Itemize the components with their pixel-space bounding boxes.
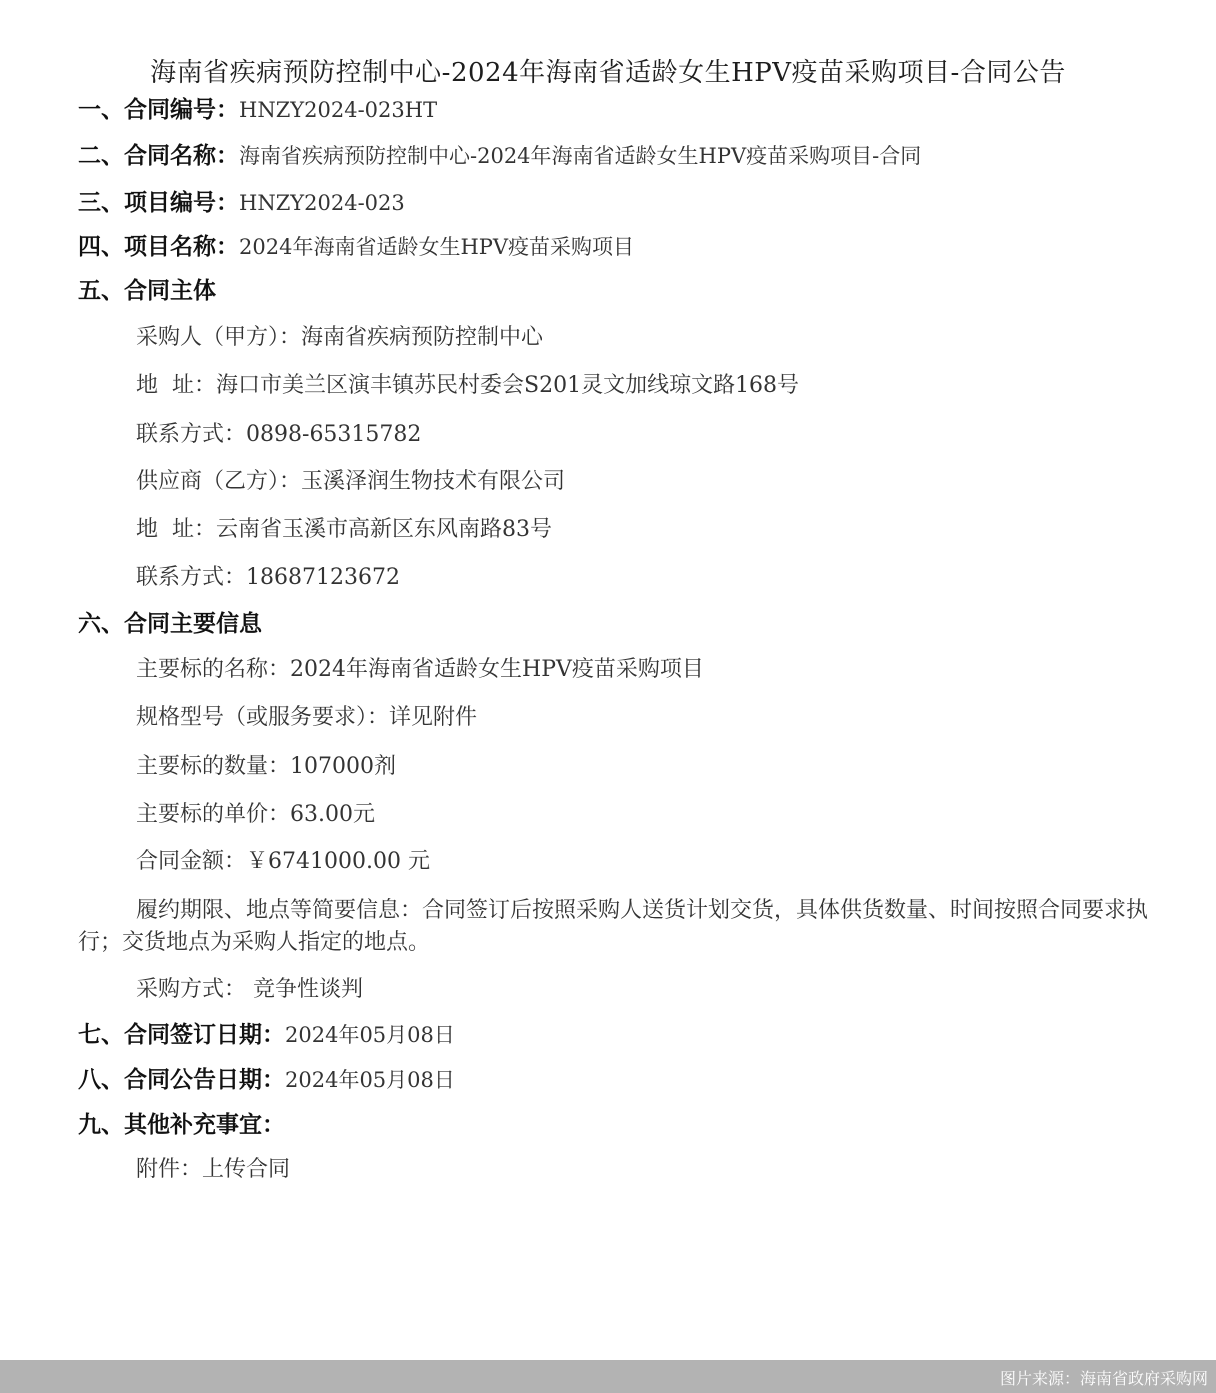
quantity-row: 主要标的数量：107000剂 xyxy=(136,752,396,782)
spec-value: 详见附件 xyxy=(389,705,477,730)
quantity-value: 107000剂 xyxy=(290,754,396,779)
project-name-label: 四、项目名称： xyxy=(78,234,239,260)
contract-announcement-document: 海南省疾病预防控制中心-2024年海南省适龄女生HPV疫苗采购项目-合同公告 一… xyxy=(0,0,1216,1360)
purchaser-row: 采购人（甲方）：海南省疾病预防控制中心 xyxy=(136,323,543,353)
other-matters-label: 九、其他补充事宜： xyxy=(78,1112,285,1138)
purchaser-address-row: 地 址：海口市美兰区演丰镇苏民村委会S201灵文加线琼文路168号 xyxy=(136,371,799,401)
purchaser-contact-value: 0898-65315782 xyxy=(246,422,421,447)
purchaser-address-value: 海口市美兰区演丰镇苏民村委会S201灵文加线琼文路168号 xyxy=(216,373,799,398)
supplier-contact-row: 联系方式：18687123672 xyxy=(136,563,400,593)
spec-row: 规格型号（或服务要求）：详见附件 xyxy=(136,703,477,733)
quantity-label: 主要标的数量： xyxy=(136,754,290,779)
procurement-method-label: 采购方式： xyxy=(136,977,246,1002)
procurement-method-value: 竞争性谈判 xyxy=(246,977,363,1002)
contract-amount-value: ￥6741000.00 元 xyxy=(246,849,430,874)
attachment-link[interactable]: 上传合同 xyxy=(202,1157,290,1182)
main-info-heading: 六、合同主要信息 xyxy=(78,609,262,640)
attachment-label: 附件： xyxy=(136,1157,202,1182)
contract-parties-label: 五、合同主体 xyxy=(78,278,216,304)
unit-price-label: 主要标的单价： xyxy=(136,802,290,827)
unit-price-value: 63.00元 xyxy=(290,802,375,827)
performance-info-label: 履约期限、地点等简要信息： xyxy=(136,898,422,923)
other-matters-heading: 九、其他补充事宜： xyxy=(78,1110,285,1141)
purchaser-value: 海南省疾病预防控制中心 xyxy=(301,325,543,350)
project-name-row: 四、项目名称：2024年海南省适龄女生HPV疫苗采购项目 xyxy=(78,232,634,263)
contract-number-row: 一、合同编号：HNZY2024-023HT xyxy=(78,95,437,126)
image-source-bar: 图片来源：海南省政府采购网 xyxy=(0,1360,1216,1393)
supplier-address-row: 地 址：云南省玉溪市高新区东风南路83号 xyxy=(136,515,552,545)
contract-number-value: HNZY2024-023HT xyxy=(239,98,437,122)
subject-name-value: 2024年海南省适龄女生HPV疫苗采购项目 xyxy=(290,657,704,682)
subject-name-row: 主要标的名称：2024年海南省适龄女生HPV疫苗采购项目 xyxy=(136,655,704,685)
contract-number-label: 一、合同编号： xyxy=(78,97,239,123)
project-name-value: 2024年海南省适龄女生HPV疫苗采购项目 xyxy=(239,235,634,259)
project-number-row: 三、项目编号：HNZY2024-023 xyxy=(78,188,405,219)
supplier-label: 供应商（乙方）： xyxy=(136,469,301,494)
sign-date-row: 七、合同签订日期：2024年05月08日 xyxy=(78,1020,455,1051)
performance-info-paragraph: 履约期限、地点等简要信息：合同签订后按照采购人送货计划交货，具体供货数量、时间按… xyxy=(78,895,1153,959)
contract-name-label: 二、合同名称： xyxy=(78,143,239,169)
project-number-value: HNZY2024-023 xyxy=(239,191,405,215)
procurement-method-row: 采购方式： 竞争性谈判 xyxy=(136,975,363,1005)
contract-parties-heading: 五、合同主体 xyxy=(78,276,216,307)
main-info-label: 六、合同主要信息 xyxy=(78,611,262,637)
attachment-row: 附件：上传合同 xyxy=(136,1155,290,1185)
spec-label: 规格型号（或服务要求）： xyxy=(136,705,389,730)
sign-date-label: 七、合同签订日期： xyxy=(78,1022,285,1048)
sign-date-value: 2024年05月08日 xyxy=(285,1023,455,1047)
supplier-value: 玉溪泽润生物技术有限公司 xyxy=(301,469,565,494)
contract-name-row: 二、合同名称：海南省疾病预防控制中心-2024年海南省适龄女生HPV疫苗采购项目… xyxy=(78,141,921,172)
supplier-address-label: 地 址： xyxy=(136,517,216,542)
purchaser-contact-row: 联系方式：0898-65315782 xyxy=(136,420,421,450)
supplier-row: 供应商（乙方）：玉溪泽润生物技术有限公司 xyxy=(136,467,565,497)
project-number-label: 三、项目编号： xyxy=(78,190,239,216)
announce-date-row: 八、合同公告日期：2024年05月08日 xyxy=(78,1065,455,1096)
supplier-contact-label: 联系方式： xyxy=(136,565,246,590)
subject-name-label: 主要标的名称： xyxy=(136,657,290,682)
contract-name-value: 海南省疾病预防控制中心-2024年海南省适龄女生HPV疫苗采购项目-合同 xyxy=(239,144,921,168)
announce-date-value: 2024年05月08日 xyxy=(285,1068,455,1092)
purchaser-label: 采购人（甲方）： xyxy=(136,325,301,350)
contract-amount-label: 合同金额： xyxy=(136,849,246,874)
supplier-contact-value: 18687123672 xyxy=(246,565,400,590)
purchaser-address-label: 地 址： xyxy=(136,373,216,398)
supplier-address-value: 云南省玉溪市高新区东风南路83号 xyxy=(216,517,552,542)
document-title: 海南省疾病预防控制中心-2024年海南省适龄女生HPV疫苗采购项目-合同公告 xyxy=(0,52,1216,89)
announce-date-label: 八、合同公告日期： xyxy=(78,1067,285,1093)
unit-price-row: 主要标的单价：63.00元 xyxy=(136,800,375,830)
contract-amount-row: 合同金额：￥6741000.00 元 xyxy=(136,847,430,877)
purchaser-contact-label: 联系方式： xyxy=(136,422,246,447)
image-source-text: 图片来源：海南省政府采购网 xyxy=(1000,1366,1208,1389)
